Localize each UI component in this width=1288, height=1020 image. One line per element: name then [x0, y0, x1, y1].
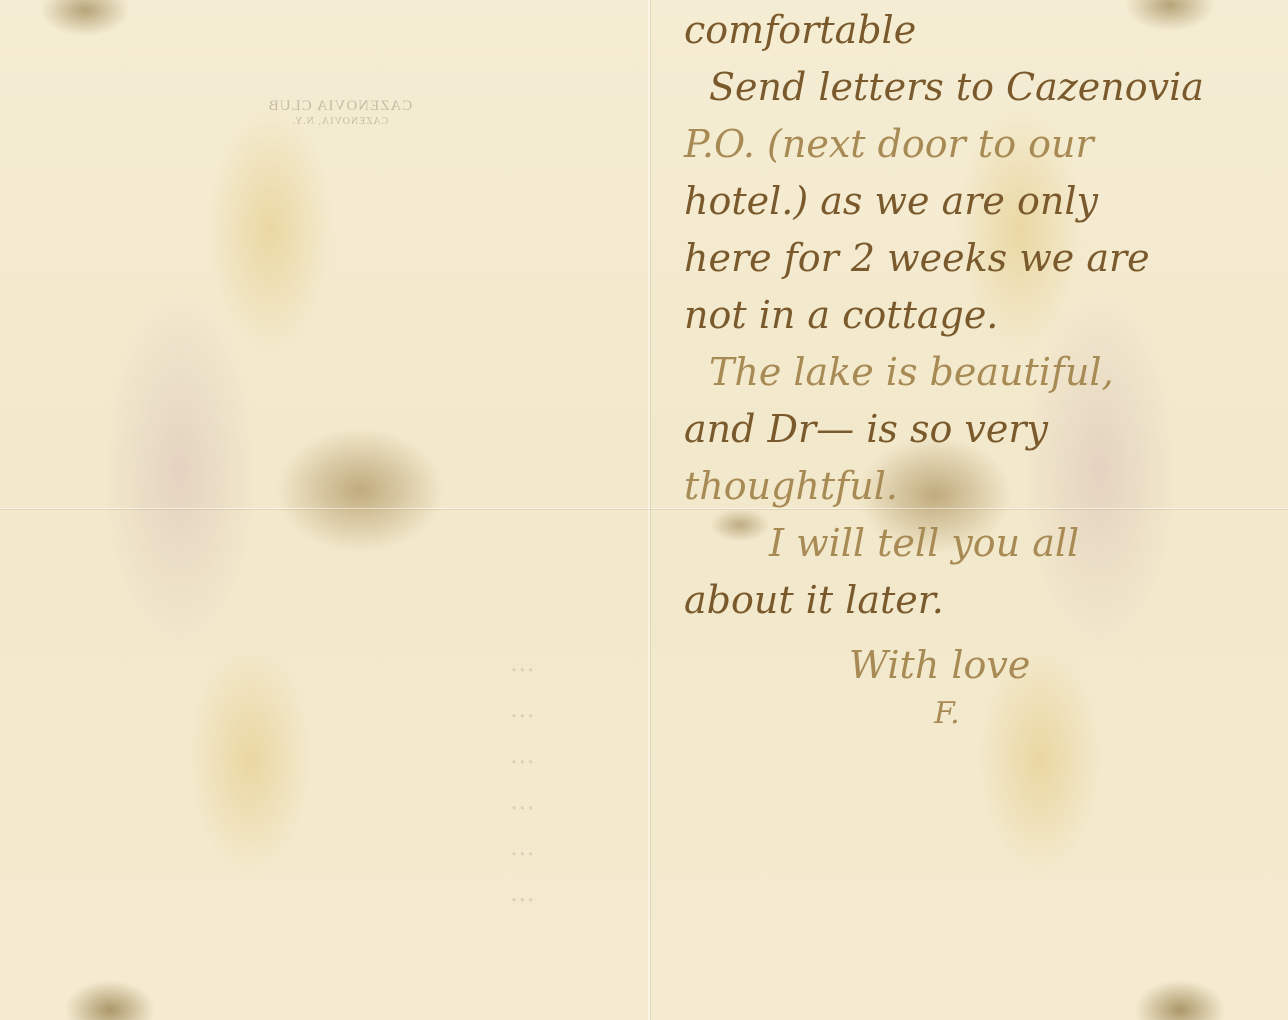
- text-line: Send letters to Cazenovia: [684, 59, 1288, 116]
- text-line: thoughtful.: [684, 458, 1288, 515]
- letter-sheet: CAZENOVIA CLUB CAZENOVIA, N.Y. ... ... .…: [0, 0, 1288, 1020]
- bleed-line: ...: [510, 686, 535, 732]
- right-page-handwriting: comfortable Send letters to Cazenovia P.…: [684, 0, 1288, 734]
- text-line: I will tell you all: [684, 515, 1288, 572]
- text-line: and Dr— is so very: [684, 401, 1288, 458]
- bleed-line: ...: [510, 640, 535, 686]
- text-line: about it later.: [684, 572, 1288, 629]
- bleed-line: ...: [510, 824, 535, 870]
- signature: F.: [684, 694, 1288, 734]
- letterhead-bleed-through: CAZENOVIA CLUB CAZENOVIA, N.Y.: [240, 98, 440, 127]
- bleed-line: ...: [510, 870, 535, 916]
- signoff-line: With love: [684, 637, 1288, 694]
- text-line: The lake is beautiful,: [684, 344, 1288, 401]
- bleed-line: ...: [510, 778, 535, 824]
- letterhead-line-1: CAZENOVIA CLUB: [240, 98, 440, 115]
- text-line: P.O. (next door to our: [684, 116, 1288, 173]
- text-line: not in a cottage.: [684, 287, 1288, 344]
- text-line: hotel.) as we are only: [684, 173, 1288, 230]
- left-page-bleed-text: ... ... ... ... ... ...: [510, 640, 535, 916]
- text-line: here for 2 weeks we are: [684, 230, 1288, 287]
- text-line: comfortable: [684, 2, 1288, 59]
- vertical-fold-line: [648, 0, 650, 1020]
- letterhead-line-2: CAZENOVIA, N.Y.: [240, 116, 440, 127]
- bleed-line: ...: [510, 732, 535, 778]
